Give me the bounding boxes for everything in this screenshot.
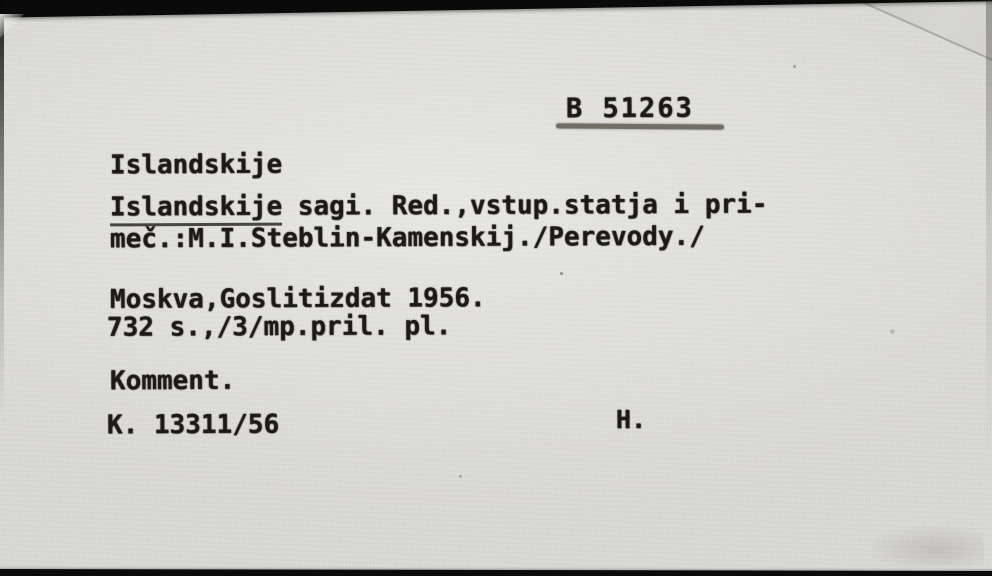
- heading-entry-word: Islandskije: [110, 152, 282, 179]
- scan-left-edge-shadow: [0, 0, 4, 420]
- note-line: Komment.: [110, 368, 235, 395]
- title-line-1-rest: sagi. Red.,vstup.statja i pri-: [282, 190, 767, 222]
- scan-bottom-edge: [0, 569, 992, 576]
- collation-line: 732 s.,/3/mp.pril. pl.: [107, 313, 451, 341]
- scan-top-edge: [0, 0, 992, 18]
- call-number-underline: [556, 123, 724, 129]
- filing-letter: H.: [616, 407, 646, 432]
- paper-smudge: [864, 524, 984, 566]
- scan-right-edge-shadow: [986, 0, 992, 576]
- paper-specks: [560, 272, 563, 275]
- title-underlined-word: Islandskije: [110, 192, 282, 227]
- catalog-card-scan: B 51263 Islandskije Islandskije sagi. Re…: [0, 0, 992, 576]
- accession-number: K. 13311/56: [107, 412, 279, 439]
- imprint-line: Moskva,Goslitizdat 1956.: [110, 285, 486, 313]
- call-number: B 51263: [566, 95, 694, 123]
- title-line-1: Islandskije sagi. Red.,vstup.statja i pr…: [110, 192, 768, 221]
- title-line-2: meč.:M.I.Steblin-Kamenskij./Perevody./: [110, 224, 705, 253]
